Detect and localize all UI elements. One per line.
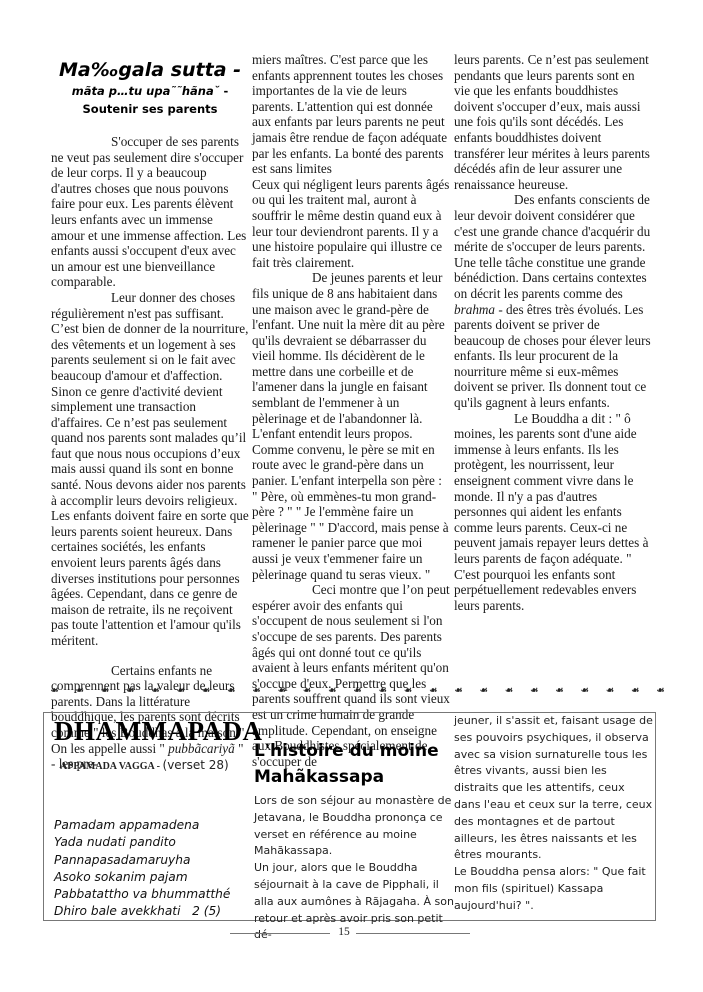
ornament-icon: ☙ bbox=[325, 686, 339, 696]
ornament-icon: ☙ bbox=[199, 686, 213, 696]
paragraph-text: - des êtres très évolués. Les parents do… bbox=[454, 302, 651, 411]
ornament-icon: ☙ bbox=[577, 686, 591, 696]
dhammapada-box: DHAMMAPADA APPAMADA VAGGA - (verset 28) … bbox=[43, 712, 656, 921]
page-number: 15 bbox=[334, 926, 354, 938]
vagga-separator: - bbox=[154, 761, 162, 772]
ornament-icon: ☙ bbox=[274, 686, 288, 696]
page-footer: 15 bbox=[230, 924, 470, 944]
paragraph: Lors de son séjour au monastère de Jetav… bbox=[254, 793, 454, 860]
ornament-icon: ☙ bbox=[476, 686, 490, 696]
article-column-2: miers maîtres. C'est parce que les enfan… bbox=[252, 52, 450, 769]
paragraph: Le Bouddha a dit : " ô moines, les paren… bbox=[454, 411, 652, 614]
paragraph: Des enfants conscients de leur devoir do… bbox=[454, 192, 652, 410]
ornament-icon: ☙ bbox=[123, 686, 137, 696]
story-column-2: jeuner, il s'assit et, faisant usage de … bbox=[454, 713, 654, 915]
paragraph: Le Bouddha pensa alors: " Que fait mon f… bbox=[454, 864, 654, 914]
article-subtitle: mãta p…tu upa˜˜hãna˘ - Soutenir ses pare… bbox=[51, 82, 249, 118]
ornament-icon: ☙ bbox=[72, 686, 86, 696]
ornament-divider: ☙☙☙☙☙☙☙☙☙☙☙☙☙☙☙☙☙☙☙☙☙☙☙☙☙ bbox=[47, 686, 667, 696]
ornament-icon: ☙ bbox=[426, 686, 440, 696]
story-column-1: Lors de son séjour au monastère de Jetav… bbox=[254, 793, 454, 944]
ornament-icon: ☙ bbox=[47, 686, 61, 696]
ornament-icon: ☙ bbox=[527, 686, 541, 696]
paragraph: De jeunes parents et leur fils unique de… bbox=[252, 270, 450, 582]
ornament-icon: ☙ bbox=[375, 686, 389, 696]
subtitle-pali: mãta p…tu upa˜˜hãna˘ bbox=[72, 84, 220, 98]
paragraph: jeuner, il s'assit et, faisant usage de … bbox=[454, 713, 654, 864]
footer-rule-right bbox=[356, 933, 470, 934]
ornament-icon: ☙ bbox=[502, 686, 516, 696]
pali-verse: Pamadam appamadena Yada nudati pandito P… bbox=[54, 817, 230, 921]
ornament-icon: ☙ bbox=[350, 686, 364, 696]
verse-line: Pabbatattho va bhummatthé bbox=[54, 886, 230, 903]
paragraph: S'occuper de ses parents ne veut pas seu… bbox=[51, 134, 249, 290]
verse-line: Pamadam appamadena bbox=[54, 817, 230, 834]
paragraph-text: Des enfants conscients de leur devoir do… bbox=[454, 192, 650, 301]
verse-line: Asoko sokanim pajam bbox=[54, 869, 230, 886]
ornament-icon: ☙ bbox=[552, 686, 566, 696]
ornament-icon: ☙ bbox=[148, 686, 162, 696]
paragraph: leurs parents. Ce n’est pas seulement pe… bbox=[454, 52, 652, 192]
ornament-icon: ☙ bbox=[249, 686, 263, 696]
article-column-3: leurs parents. Ce n’est pas seulement pe… bbox=[454, 52, 652, 613]
ornament-icon: ☙ bbox=[603, 686, 617, 696]
vagga-name: APPAMADA VAGGA bbox=[60, 761, 154, 772]
dhammapada-title: DHAMMAPADA bbox=[54, 716, 262, 747]
pali-term: brahma bbox=[454, 302, 495, 317]
article-title: Ma‰gala sutta - bbox=[51, 58, 249, 82]
verse-line: Pannapasadamaruyha bbox=[54, 852, 230, 869]
ornament-icon: ☙ bbox=[628, 686, 642, 696]
paragraph: Ceux qui négligent leurs parents âgés ou… bbox=[252, 177, 450, 271]
verse-line: Dhiro bale avekkhati 2 (5) bbox=[54, 903, 230, 920]
paragraph: Leur donner des choses régulièrement n'e… bbox=[51, 290, 249, 649]
ornament-icon: ☙ bbox=[98, 686, 112, 696]
paragraph: miers maîtres. C'est parce que les enfan… bbox=[252, 52, 450, 177]
story-title: L'histoire du moine Mahãkassapa bbox=[254, 738, 454, 790]
footer-rule-left bbox=[230, 933, 330, 934]
ornament-icon: ☙ bbox=[300, 686, 314, 696]
vagga-heading: APPAMADA VAGGA - (verset 28) bbox=[60, 758, 229, 772]
verse-reference: (verset 28) bbox=[163, 758, 229, 772]
ornament-icon: ☙ bbox=[401, 686, 415, 696]
ornament-icon: ☙ bbox=[451, 686, 465, 696]
ornament-icon: ☙ bbox=[224, 686, 238, 696]
article-column-1: Ma‰gala sutta - mãta p…tu upa˜˜hãna˘ - S… bbox=[51, 58, 249, 772]
ornament-icon: ☙ bbox=[653, 686, 667, 696]
ornament-icon: ☙ bbox=[173, 686, 187, 696]
verse-line: Yada nudati pandito bbox=[54, 834, 230, 851]
